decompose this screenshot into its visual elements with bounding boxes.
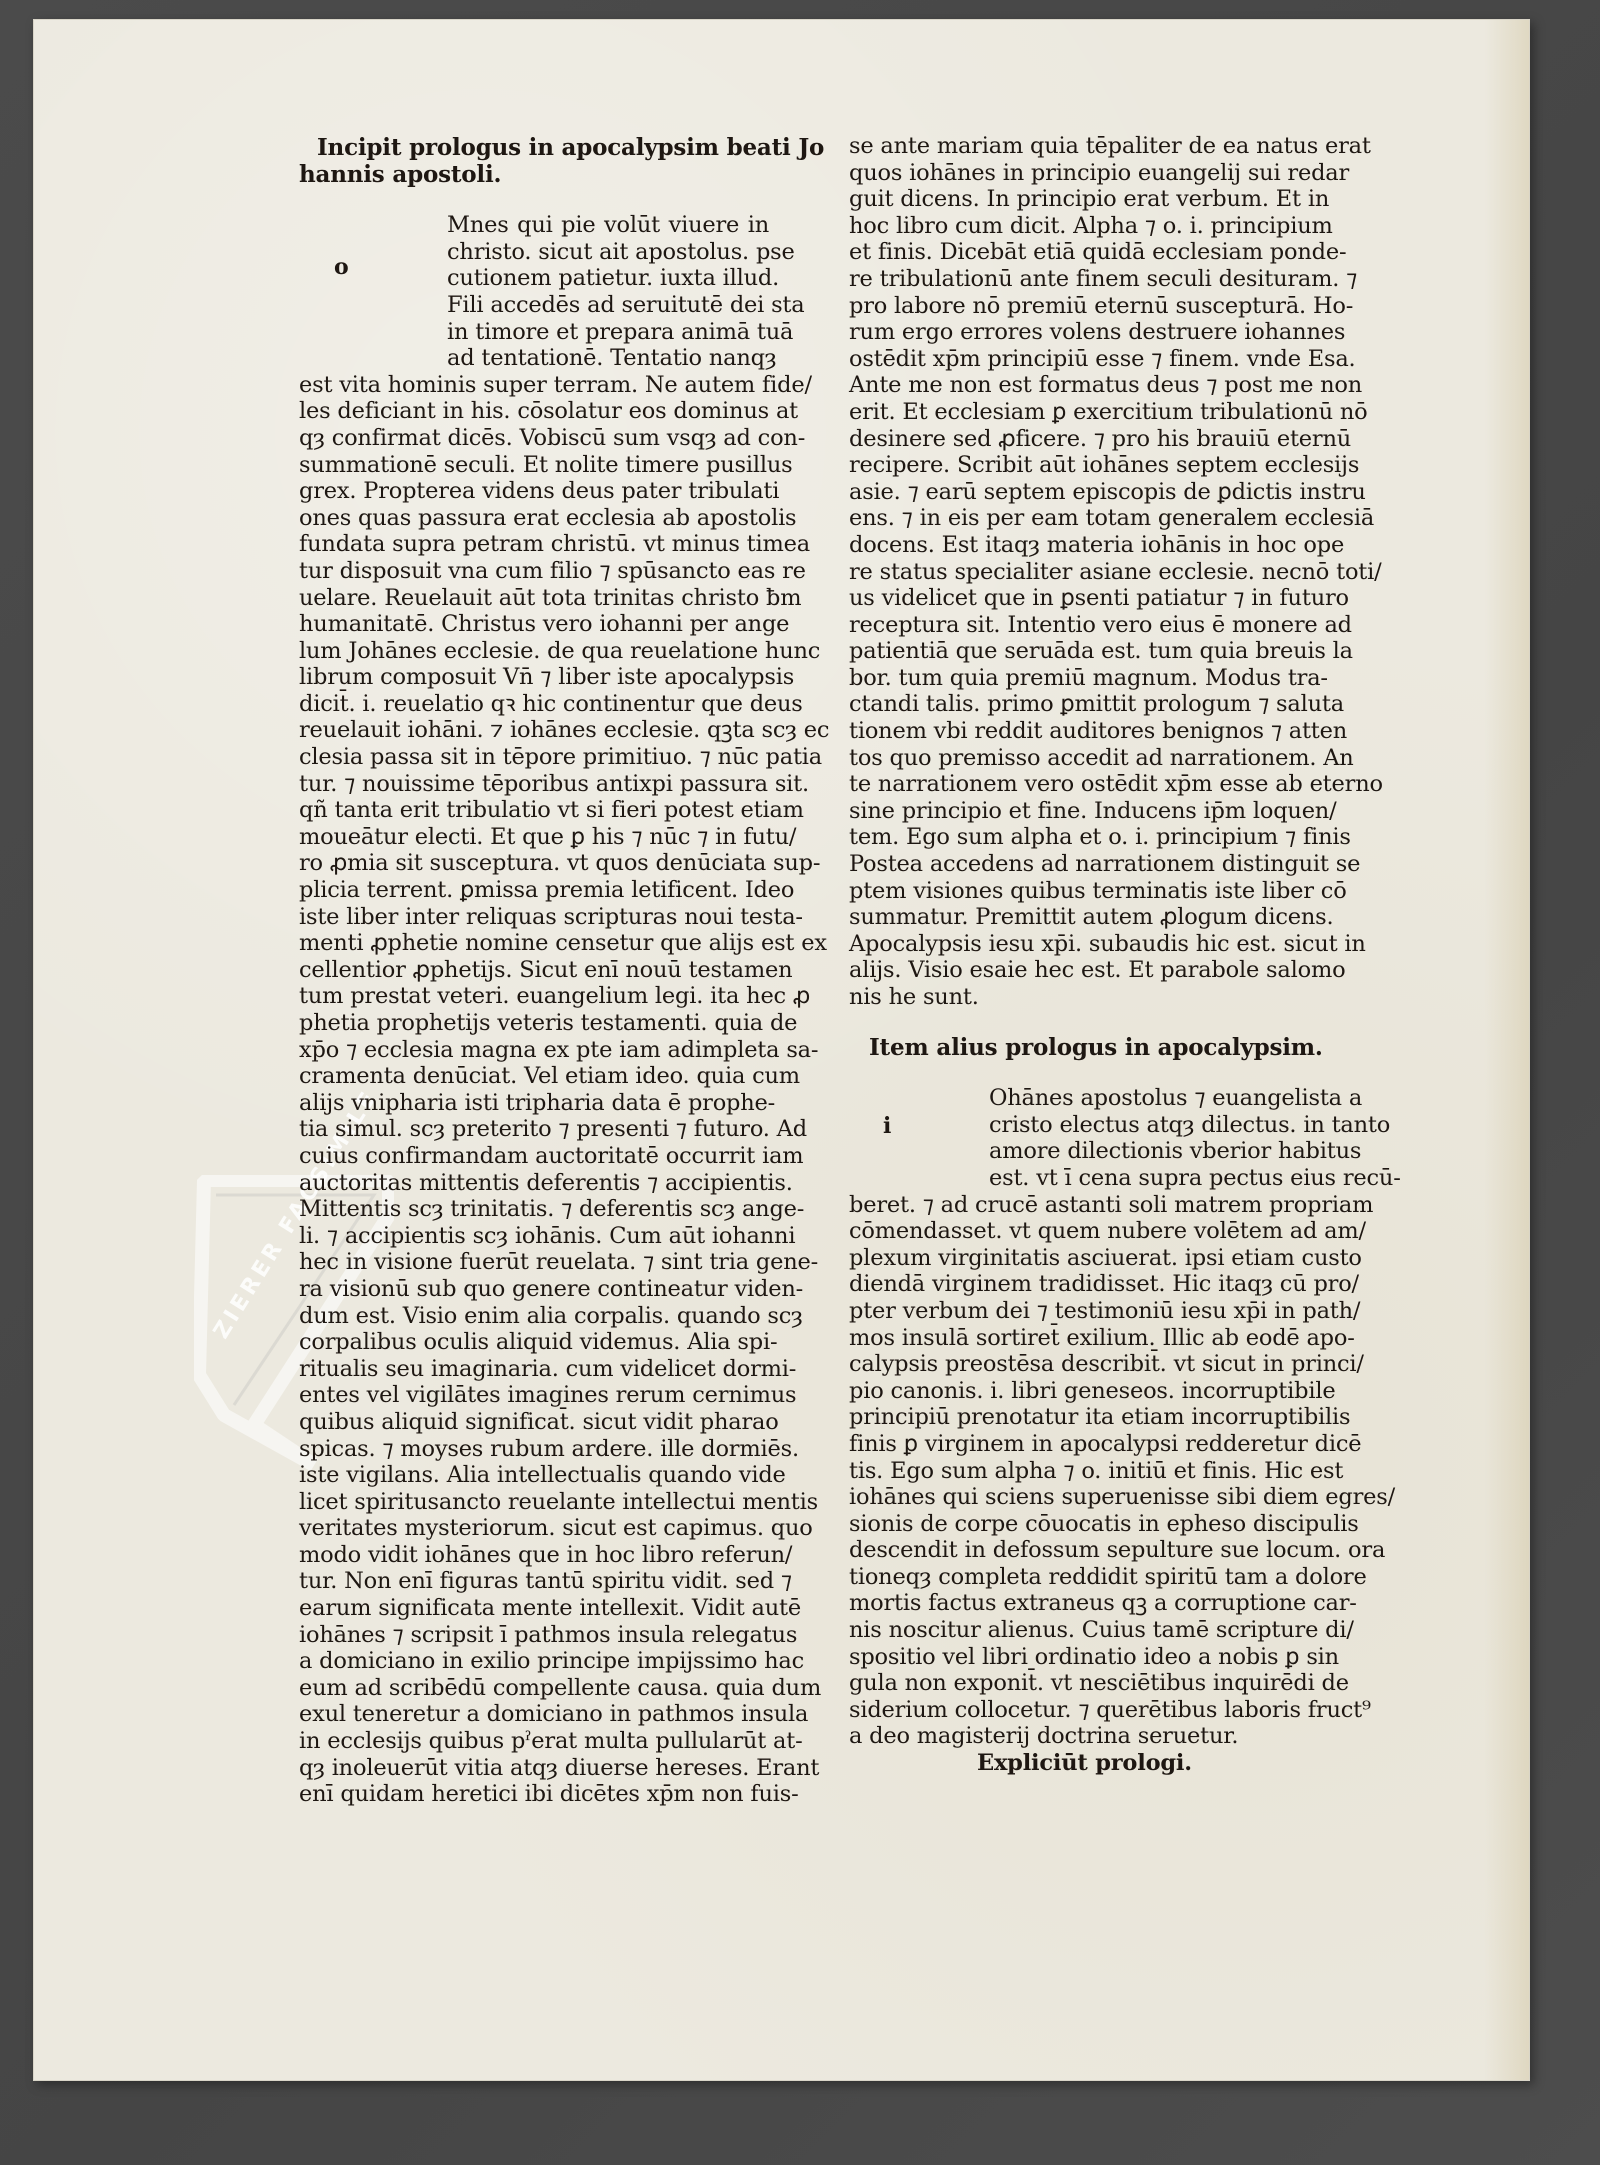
guide-letter: i xyxy=(883,1113,891,1140)
text-line: uelare. Reuelauit aūt tota trinitas chri… xyxy=(299,585,769,612)
text-line: iohānes ⁊ scripsit ī pathmos insula rele… xyxy=(299,1622,769,1649)
text-line: mos insulā sortiret̄ exilium. Illic ab e… xyxy=(849,1325,1324,1352)
text-line: Fili accedēs ad seruitutē dei sta xyxy=(447,292,769,319)
text-line: earum significata mente intellexit. Vidi… xyxy=(299,1595,769,1622)
text-line: lum Johānes ecclesie. de qua reuelatione… xyxy=(299,638,769,665)
text-line: se ante mariam quia tēpaliter de ea natu… xyxy=(849,133,1324,160)
text-line: calypsis preostēsa describit̄. vt sicut … xyxy=(849,1351,1324,1378)
text-line: cōmendasset. vt quem nubere volētem ad a… xyxy=(849,1218,1324,1245)
text-line: ctandi talis. primo ꝑmittit prologum ⁊ s… xyxy=(849,691,1324,718)
text-line: tum prestat veteri. euangelium legi. ita… xyxy=(299,983,769,1010)
text-line: iohānes qui sciens superuenisse sibi die… xyxy=(849,1484,1324,1511)
initial-block: o Mnes qui pie volūt viuere in christo. … xyxy=(299,212,769,372)
text-line: descendit in defossum sepulture sue locu… xyxy=(849,1537,1324,1564)
text-line: ens. ⁊ in eis per eam totam generalem ec… xyxy=(849,505,1324,532)
text-line: summationē seculi. Et nolite timere pusi… xyxy=(299,452,769,479)
text-line: beret. ⁊ ad crucē astanti soli matrem pr… xyxy=(849,1192,1324,1219)
text-line: tionem vbi reddit auditores benignos ⁊ a… xyxy=(849,718,1324,745)
left-column: Incipit prologus in apocalypsim beati Jo… xyxy=(299,135,769,1808)
text-line: corpalibus oculis aliquid videmus. Alia … xyxy=(299,1329,769,1356)
right-column: se ante mariam quia tēpaliter de ea natu… xyxy=(849,133,1324,1777)
text-line: ritualis seu imaginaria. cum videlicet d… xyxy=(299,1356,769,1383)
text-line: te narrationem vero ostēdit xp̄m esse ab… xyxy=(849,771,1324,798)
manuscript-page: ZIERER FACSIMILE Incipit prologus in apo… xyxy=(33,19,1530,2081)
text-line: enī quidam heretici ibi dicētes xp̄m non… xyxy=(299,1781,769,1808)
text-line: guit dicens. In principio erat verbum. E… xyxy=(849,186,1324,213)
text-line: mortis factus extraneus qꝫ a corruptione… xyxy=(849,1590,1324,1617)
text-line: amore dilectionis vberior habitus xyxy=(989,1138,1324,1165)
text-line: les deficiant in his. cōsolatur eos domi… xyxy=(299,398,769,425)
text-line: alijs. Visio esaie hec est. Et parabole … xyxy=(849,957,1324,984)
text-line: moueātur electi. Et que ꝑ his ⁊ nūc ⁊ in… xyxy=(299,824,769,851)
text-line: cramenta denūciat. Vel etiam ideo. quia … xyxy=(299,1063,769,1090)
text-line: qȝ inoleuerūt vitia atqȝ diuerse hereses… xyxy=(299,1755,769,1782)
text-line: principiū prenotatur ita etiam incorrupt… xyxy=(849,1404,1324,1431)
text-line: tur disposuit vna cum filio ⁊ spūsancto … xyxy=(299,558,769,585)
body-lines-bottom: beret. ⁊ ad crucē astanti soli matrem pr… xyxy=(849,1192,1324,1750)
text-line: plicia terrent. ꝑmissa premia letificent… xyxy=(299,877,769,904)
text-line: siderium collocetur. ⁊ querētibus labori… xyxy=(849,1697,1324,1724)
text-line: ptem visiones quibus terminatis iste lib… xyxy=(849,878,1324,905)
text-line: receptura sit. Intentio vero eius ē mone… xyxy=(849,612,1324,639)
text-line: pro labore nō premiū eternū suscepturā. … xyxy=(849,293,1324,320)
text-line: nis he sunt. xyxy=(849,984,1324,1011)
text-line: cristo electus atqȝ dilectus. in tanto xyxy=(989,1112,1324,1139)
text-line: iste liber inter reliquas scripturas nou… xyxy=(299,904,769,931)
text-line: dum est. Visio enim alia corpalis. quand… xyxy=(299,1303,769,1330)
text-line: tioneqȝ completa reddidit spiritū tam a … xyxy=(849,1564,1324,1591)
text-line: christo. sicut ait apostolus. pse xyxy=(447,239,769,266)
text-line: ra visionū sub quo genere contineatur vi… xyxy=(299,1276,769,1303)
text-line: spicas. ⁊ moyses rubum ardere. ille dorm… xyxy=(299,1436,769,1463)
explicit-line: Expliciūt prologi. xyxy=(849,1750,1324,1777)
text-line: recipere. Scribit aūt iohānes septem ecc… xyxy=(849,452,1324,479)
text-line: tem. Ego sum alpha et o. i. principium ⁊… xyxy=(849,824,1324,851)
text-line: quibus aliquid significat̄. sicut vidit … xyxy=(299,1409,769,1436)
body-lines-top: se ante mariam quia tēpaliter de ea natu… xyxy=(849,133,1324,1011)
text-line: sionis de corpe cōuocatis in epheso disc… xyxy=(849,1511,1324,1538)
text-line: tia simul. scȝ preterito ⁊ presenti ⁊ fu… xyxy=(299,1116,769,1143)
text-line: bor. tum quia premiū magnum. Modus tra- xyxy=(849,665,1324,692)
text-line: tur. ⁊ nouissime tēporibus antixpi passu… xyxy=(299,771,769,798)
text-line: a deo magisterij doctrina seruetur. xyxy=(849,1723,1324,1750)
text-line: cellentior ꝓphetijs. Sicut enī nouū test… xyxy=(299,957,769,984)
text-line: humanitatē. Christus vero iohanni per an… xyxy=(299,611,769,638)
text-line: hec in visione fuerūt reuelata. ⁊ sint t… xyxy=(299,1249,769,1276)
text-line: qñ tanta erit tribulatio vt si fieri pot… xyxy=(299,797,769,824)
text-line: plexum virginitatis asciuerat. ipsi etia… xyxy=(849,1245,1324,1272)
text-line: entes vel vigilātes imagines rerum cerni… xyxy=(299,1382,769,1409)
text-line: re status specialiter asiane ecclesie. n… xyxy=(849,559,1324,586)
text-line: reuelauit iohāni. ⁊ iohānes ecclesie. qꝫ… xyxy=(299,717,769,744)
guide-letter: o xyxy=(334,254,348,281)
text-line: qȝ confirmat dicēs. Vobiscū sum vsqȝ ad … xyxy=(299,425,769,452)
text-line: in ecclesijs quibus pˀerat multa pullula… xyxy=(299,1728,769,1755)
prologue-heading-line-2: hannis apostoli. xyxy=(299,162,769,189)
text-line: sine principio et fine. Inducens ip̄m lo… xyxy=(849,798,1324,825)
text-line: iste vigilans. Alia intellectualis quand… xyxy=(299,1462,769,1489)
text-line: phetia prophetijs veteris testamenti. qu… xyxy=(299,1010,769,1037)
text-line: spositio vel libri ordinatio ideo a nobi… xyxy=(849,1644,1324,1671)
text-line: tos quo premisso accedit ad narrationem.… xyxy=(849,745,1324,772)
text-line: ones quas passura erat ecclesia ab apost… xyxy=(299,505,769,532)
text-line: Mnes qui pie volūt viuere in xyxy=(447,212,769,239)
text-line: Ante me non est formatus deus ⁊ post me … xyxy=(849,372,1324,399)
text-line: summatur. Premittit autem ꝓlogum dicens. xyxy=(849,904,1324,931)
text-line: re tribulationū ante finem seculi desitu… xyxy=(849,266,1324,293)
text-line: tur. Non enī figuras tantū spiritu vidit… xyxy=(299,1568,769,1595)
text-line: tis. Ego sum alpha ⁊ o. initiū et finis.… xyxy=(849,1458,1324,1485)
text-line: fundata supra petram christū. vt minus t… xyxy=(299,531,769,558)
text-line: rum ergo errores volens destruere iohann… xyxy=(849,319,1324,346)
text-line: licet spiritusancto reuelante intellectu… xyxy=(299,1489,769,1516)
text-line: Apocalypsis iesu xp̄i. subaudis hic est.… xyxy=(849,931,1324,958)
text-line: veritates mysteriorum. sicut est capimus… xyxy=(299,1515,769,1542)
text-line: est. vt ī cena supra pectus eius recū- xyxy=(989,1165,1324,1192)
text-line: us videlicet que in ꝑsenti patiatur ⁊ in… xyxy=(849,585,1324,612)
text-line: Postea accedens ad narrationem distingui… xyxy=(849,851,1324,878)
text-line: diendā virginem tradidisset. Hic itaqȝ c… xyxy=(849,1271,1324,1298)
text-line: xp̄o ⁊ ecclesia magna ex pte iam adimple… xyxy=(299,1037,769,1064)
text-line: auctoritas mittentis deferentis ⁊ accipi… xyxy=(299,1170,769,1197)
text-line: alijs vnipharia isti tripharia data ē pr… xyxy=(299,1090,769,1117)
text-line: asie. ⁊ earū septem episcopis de ꝑdictis… xyxy=(849,479,1324,506)
text-line: menti ꝓphetie nomine censetur que alijs … xyxy=(299,930,769,957)
text-line: ostēdit xp̄m principiū esse ⁊ finem. vnd… xyxy=(849,346,1324,373)
body-lines: est vita hominis super terram. Ne autem … xyxy=(299,372,769,1808)
text-line: est vita hominis super terram. Ne autem … xyxy=(299,372,769,399)
text-line: grex. Propterea videns deus pater tribul… xyxy=(299,478,769,505)
text-line: in timore et prepara animā tuā xyxy=(447,319,769,346)
text-line: eum ad scribēdū compellente causa. quia … xyxy=(299,1675,769,1702)
text-line: modo vidit iohānes que in hoc libro refe… xyxy=(299,1542,769,1569)
second-prologue-heading: Item alius prologus in apocalypsim. xyxy=(849,1035,1324,1062)
text-line: patientiā que seruāda est. tum quia breu… xyxy=(849,638,1324,665)
text-line: pio canonis. i. libri geneseos. incorrup… xyxy=(849,1378,1324,1405)
text-line: nis noscitur alienus. Cuius tamē scriptu… xyxy=(849,1617,1324,1644)
text-line: pter verbum dei ⁊ testimoniū iesu xp̄i i… xyxy=(849,1298,1324,1325)
text-line: cuius confirmandam auctoritatē occurrit … xyxy=(299,1143,769,1170)
text-line: quos iohānes in principio euangelij sui … xyxy=(849,160,1324,187)
text-line: exul teneretur a domiciano in pathmos in… xyxy=(299,1701,769,1728)
text-line: hoc libro cum dicit. Alpha ⁊ o. i. princ… xyxy=(849,213,1324,240)
text-line: gula non exponit̄. vt nesciētibus inquir… xyxy=(849,1670,1324,1697)
text-line: ro ꝓmia sit susceptura. vt quos denūciat… xyxy=(299,850,769,877)
text-line: erit. Et ecclesiam ꝑ exercitium tribulat… xyxy=(849,399,1324,426)
text-line: librum composuit Vn̄ ⁊ liber iste apocal… xyxy=(299,664,769,691)
indented-lines: Mnes qui pie volūt viuere in christo. si… xyxy=(299,212,769,372)
text-line: a domiciano in exilio principe impijssim… xyxy=(299,1648,769,1675)
text-line: li. ⁊ accipientis scȝ iohānis. Cum aūt i… xyxy=(299,1223,769,1250)
text-line: docens. Est itaqȝ materia iohānis in hoc… xyxy=(849,532,1324,559)
text-line: cutionem patietur. iuxta illud. xyxy=(447,265,769,292)
text-line: Mittentis scȝ trinitatis. ⁊ deferentis s… xyxy=(299,1196,769,1223)
text-line: clesia passa sit in tēpore primitiuo. ⁊ … xyxy=(299,744,769,771)
prologue-heading-line-1: Incipit prologus in apocalypsim beati Jo xyxy=(299,135,769,162)
text-line: finis ꝑ virginem in apocalypsi redderetu… xyxy=(849,1431,1324,1458)
text-line: Ohānes apostolus ⁊ euangelista a xyxy=(989,1085,1324,1112)
text-line: ad tentationē. Tentatio nanqȝ xyxy=(447,345,769,372)
text-line: dicit̄. i. reuelatio qꝛ hic continentur … xyxy=(299,691,769,718)
indented-lines: Ohānes apostolus ⁊ euangelista a cristo … xyxy=(849,1085,1324,1191)
text-line: et finis. Dicebāt etiā quidā ecclesiam p… xyxy=(849,239,1324,266)
text-line: desinere sed ꝓficere. ⁊ pro his brauiū e… xyxy=(849,426,1324,453)
initial-block: i Ohānes apostolus ⁊ euangelista a crist… xyxy=(849,1085,1324,1191)
